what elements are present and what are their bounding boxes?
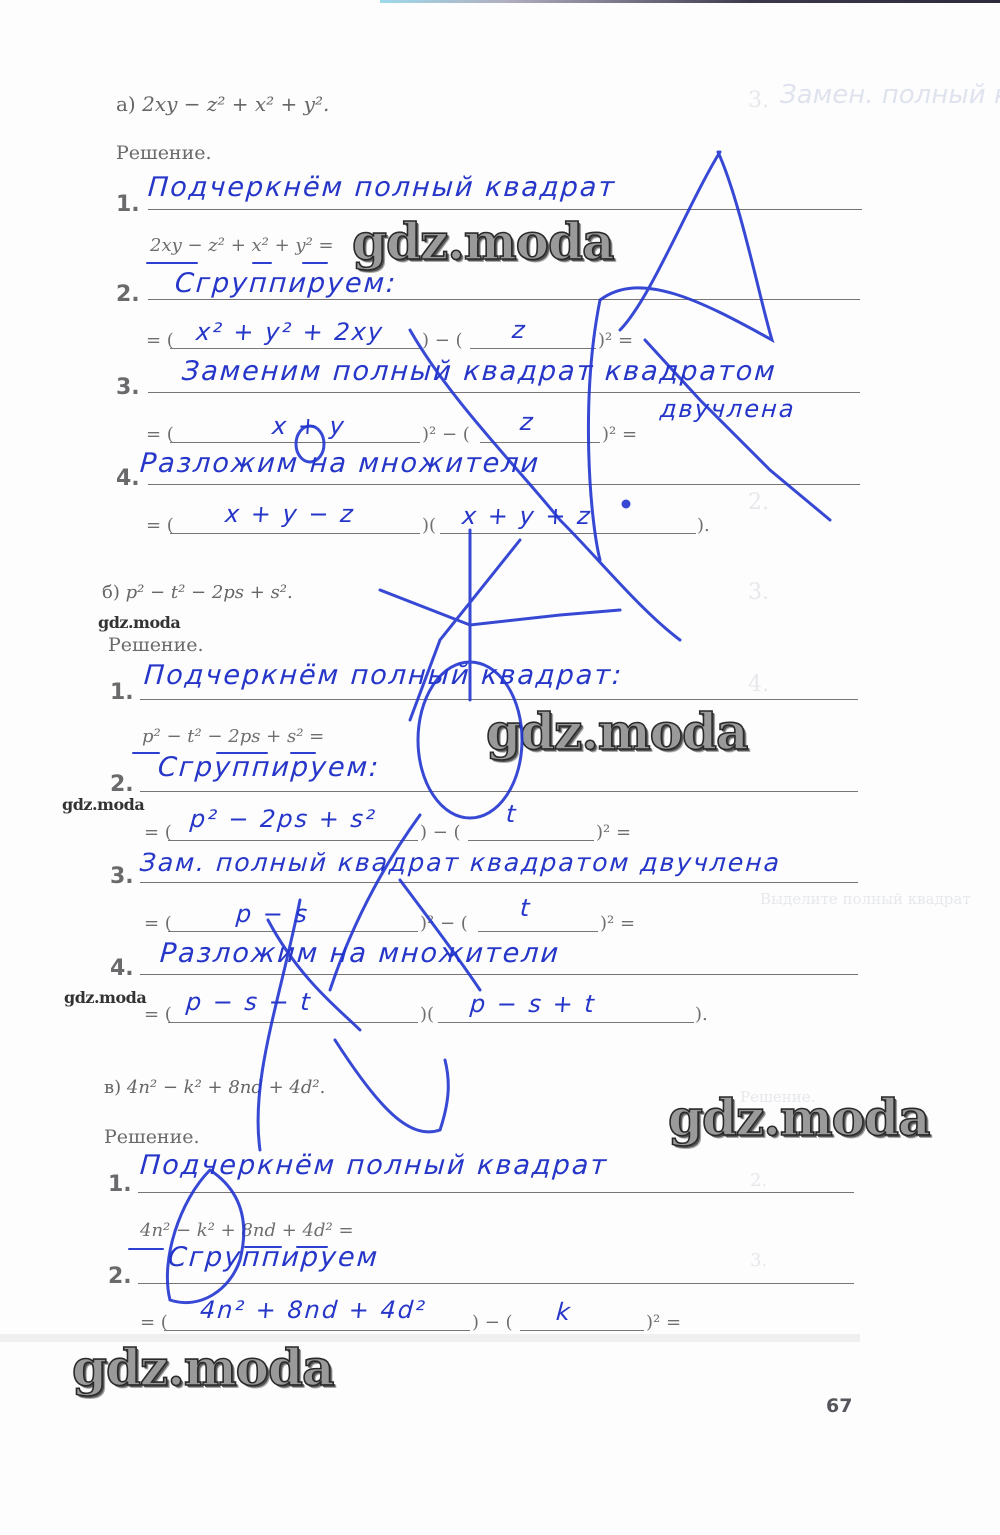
watermark-small: gdz.moda (98, 613, 180, 632)
blank-line (168, 840, 418, 841)
blank-line (170, 533, 420, 534)
ink-underline (252, 262, 272, 264)
handwritten-answer: Разложим на множители (159, 938, 561, 969)
solution-label: Решение. (108, 634, 204, 656)
bracket-separator: ) − ( (420, 822, 461, 843)
blank-line (480, 442, 600, 443)
answer-line (138, 1283, 854, 1284)
watermark: gdz.moda (72, 1338, 333, 1397)
handwritten-answer: Сгруппируем: (157, 752, 381, 783)
bracket-close: )² = (602, 424, 637, 445)
blank-line (438, 1022, 694, 1023)
printed-expression: 2xy − z² + x² + y² = (150, 235, 334, 256)
task-label: в) (104, 1077, 121, 1098)
handwritten-answer: x² + y² + 2xy (195, 318, 385, 346)
watermark-small: gdz.moda (64, 988, 146, 1007)
handwritten-answer: Зам. полный квадрат квадратом двучлена (139, 848, 782, 877)
task-label: а) (116, 92, 136, 116)
watermark: gdz.moda (486, 702, 747, 761)
task-v-statement: в) 4n² − k² + 8nd + 4d². (104, 1077, 325, 1098)
answer-line (148, 484, 860, 485)
watermark: gdz.moda (668, 1088, 929, 1147)
step-number: 1. (116, 192, 140, 217)
answer-line (140, 882, 858, 883)
handwritten-answer: Сгруппируем (167, 1242, 380, 1273)
page-number: 67 (826, 1395, 852, 1417)
answer-line (140, 699, 858, 700)
handwritten-answer: x + y − z (224, 500, 356, 528)
blank-line (470, 348, 596, 349)
step-number: 3. (116, 375, 140, 400)
handwritten-answer: p − s (235, 900, 310, 928)
blank-line (168, 1022, 418, 1023)
handwritten-answer: Подчеркнём полный квадрат (139, 1150, 609, 1181)
task-a-statement: а) 2xy − z² + x² + y². (116, 92, 329, 116)
handwritten-answer: z (519, 408, 536, 436)
ink-underline (132, 752, 160, 754)
task-expression: 4n² − k² + 8nd + 4d². (127, 1077, 325, 1098)
handwritten-answer: t (519, 894, 532, 922)
step-number: 2. (110, 772, 134, 797)
ink-underline (302, 262, 328, 264)
handwritten-answer: Подчеркнём полный квадрат: (143, 660, 624, 691)
bracket-close: )² = (646, 1312, 681, 1333)
answer-line (140, 974, 858, 975)
ink-underline (128, 1248, 164, 1250)
blank-line (478, 931, 598, 932)
handwritten-answer: k (555, 1298, 573, 1326)
blank-line (520, 1330, 644, 1331)
bracket-separator: )² − ( (420, 913, 468, 934)
bracket-close: )² = (598, 330, 633, 351)
bracket-separator: ) − ( (422, 330, 463, 351)
printed-expression: p² − t² − 2ps + s² = (142, 726, 324, 747)
handwritten-answer: двучлена (659, 395, 797, 423)
handwritten-answer: Разложим на множители (139, 448, 541, 479)
bracket-separator: )( (422, 515, 436, 536)
solution-label: Решение. (104, 1126, 200, 1148)
handwritten-answer: p − s + t (469, 990, 597, 1018)
bracket-close: )² = (600, 913, 635, 934)
handwritten-answer: x + y (271, 412, 347, 440)
answer-line (148, 209, 862, 210)
answer-line (148, 392, 860, 393)
step-number: 3. (110, 864, 134, 889)
handwritten-answer: Сгруппируем: (174, 268, 398, 299)
step-number: 2. (116, 282, 140, 307)
step-number: 4. (116, 466, 140, 491)
step-number: 4. (110, 956, 134, 981)
step-number: 1. (108, 1172, 132, 1197)
handwritten-answer: z (511, 316, 528, 344)
step-number: 2. (108, 1264, 132, 1289)
blank-line (440, 533, 696, 534)
answer-line (138, 1192, 854, 1193)
bracket-close: )² = (596, 822, 631, 843)
handwritten-answer: x + y + z (461, 502, 593, 530)
printed-expression: 4n² − k² + 8nd + 4d² = (140, 1220, 354, 1241)
solution-label: Решение. (116, 142, 212, 164)
handwritten-answer: Заменим полный квадрат квадратом (181, 356, 778, 387)
answer-line (140, 791, 858, 792)
bracket-close: ). (695, 1004, 708, 1025)
task-label: б) (102, 582, 120, 603)
handwritten-answer: t (505, 800, 518, 828)
step-number: 1. (110, 680, 134, 705)
blank-line (170, 348, 420, 349)
ink-underline (146, 262, 198, 264)
task-expression: p² − t² − 2ps + s². (126, 582, 293, 603)
blank-line (164, 1330, 470, 1331)
bracket-separator: ) − ( (472, 1312, 513, 1333)
task-b-statement: б) p² − t² − 2ps + s². (102, 582, 293, 603)
handwritten-answer: p² − 2ps + s² (189, 805, 378, 833)
handwritten-answer: Подчеркнём полный квадрат (147, 172, 617, 203)
handwritten-answer: 4n² + 8nd + 4d² (199, 1296, 428, 1324)
answer-line (148, 299, 860, 300)
watermark: gdz.moda (352, 212, 613, 271)
blank-line (168, 931, 418, 932)
watermark-small: gdz.moda (62, 795, 144, 814)
bracket-close: ). (697, 515, 710, 536)
blank-line (170, 442, 420, 443)
handwritten-answer: p − s − t (185, 988, 313, 1016)
task-expression: 2xy − z² + x² + y². (142, 92, 329, 116)
bracket-separator: )( (420, 1004, 434, 1025)
blank-line (468, 840, 594, 841)
bracket-separator: )² − ( (422, 424, 470, 445)
